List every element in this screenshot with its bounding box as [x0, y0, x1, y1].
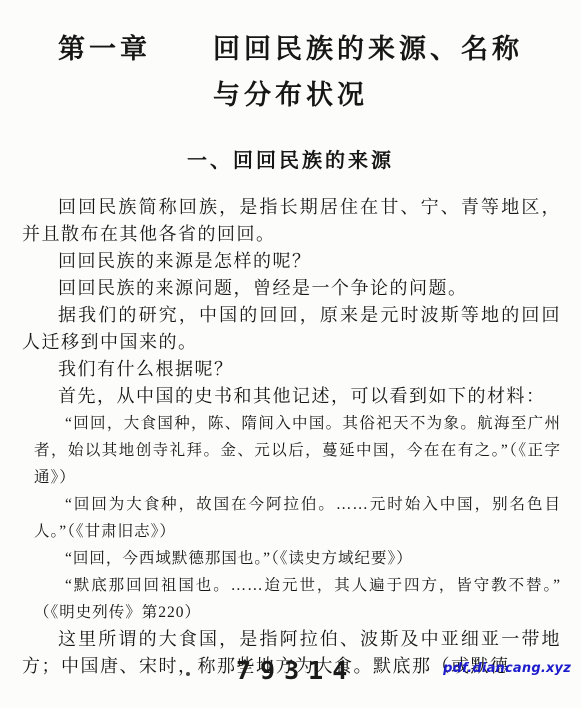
paragraph-materials-lead: 首先，从中国的史书和其他记述，可以看到如下的材料： [22, 383, 561, 410]
body-text: 回回民族简称回族，是指长期居住在甘、宁、青等地区，并且散布在其他各省的回回。 回… [22, 194, 561, 680]
paragraph-question-1: 回回民族的来源是怎样的呢？ [22, 248, 561, 275]
paragraph-intro: 回回民族简称回族，是指长期居住在甘、宁、青等地区，并且散布在其他各省的回回。 [22, 194, 561, 248]
paragraph-debate: 回回民族的来源问题，曾经是一个争论的问题。 [22, 275, 561, 302]
chapter-title-line1: 第一章 回回民族的来源、名称 [0, 26, 581, 72]
chapter-title-line2: 与分布状况 [0, 72, 581, 118]
stamp-number: 79314 [236, 656, 356, 685]
quote-dushi-fangyu-jiyao: “回回，今西域默德那国也。”（《读史方域纪要》） [34, 545, 561, 572]
chapter-title: 第一章 回回民族的来源、名称 与分布状况 [0, 26, 581, 118]
scanned-book-page: 第一章 回回民族的来源、名称 与分布状况 一、回回民族的来源 回回民族简称回族，… [0, 0, 581, 708]
watermark-url: pdf.diancang.xyz [443, 661, 571, 676]
paragraph-research: 据我们的研究，中国的回回，原来是元时波斯等地的回回人迁移到中国来的。 [22, 302, 561, 356]
quote-gansu-jiuzhi: “回回为大食种，故国在今阿拉伯。……元时始入中国，别名色目人。”（《甘肃旧志》） [34, 491, 561, 545]
paragraph-question-2: 我们有什么根据呢？ [22, 356, 561, 383]
quote-section: “回回，大食国种，陈、隋间入中国。其俗祀天不为象。航海至广州者，始以其地创寺礼拜… [22, 410, 561, 626]
quote-zhengzitong: “回回，大食国种，陈、隋间入中国。其俗祀天不为象。航海至广州者，始以其地创寺礼拜… [34, 410, 561, 491]
stamp-dot [186, 672, 190, 676]
quote-mingshi-liezhuan: “默底那回回祖国也。……迨元世，其人遍于四方，皆守教不替。”（《明史列传》第22… [34, 572, 561, 626]
section-title: 一、回回民族的来源 [0, 148, 581, 174]
